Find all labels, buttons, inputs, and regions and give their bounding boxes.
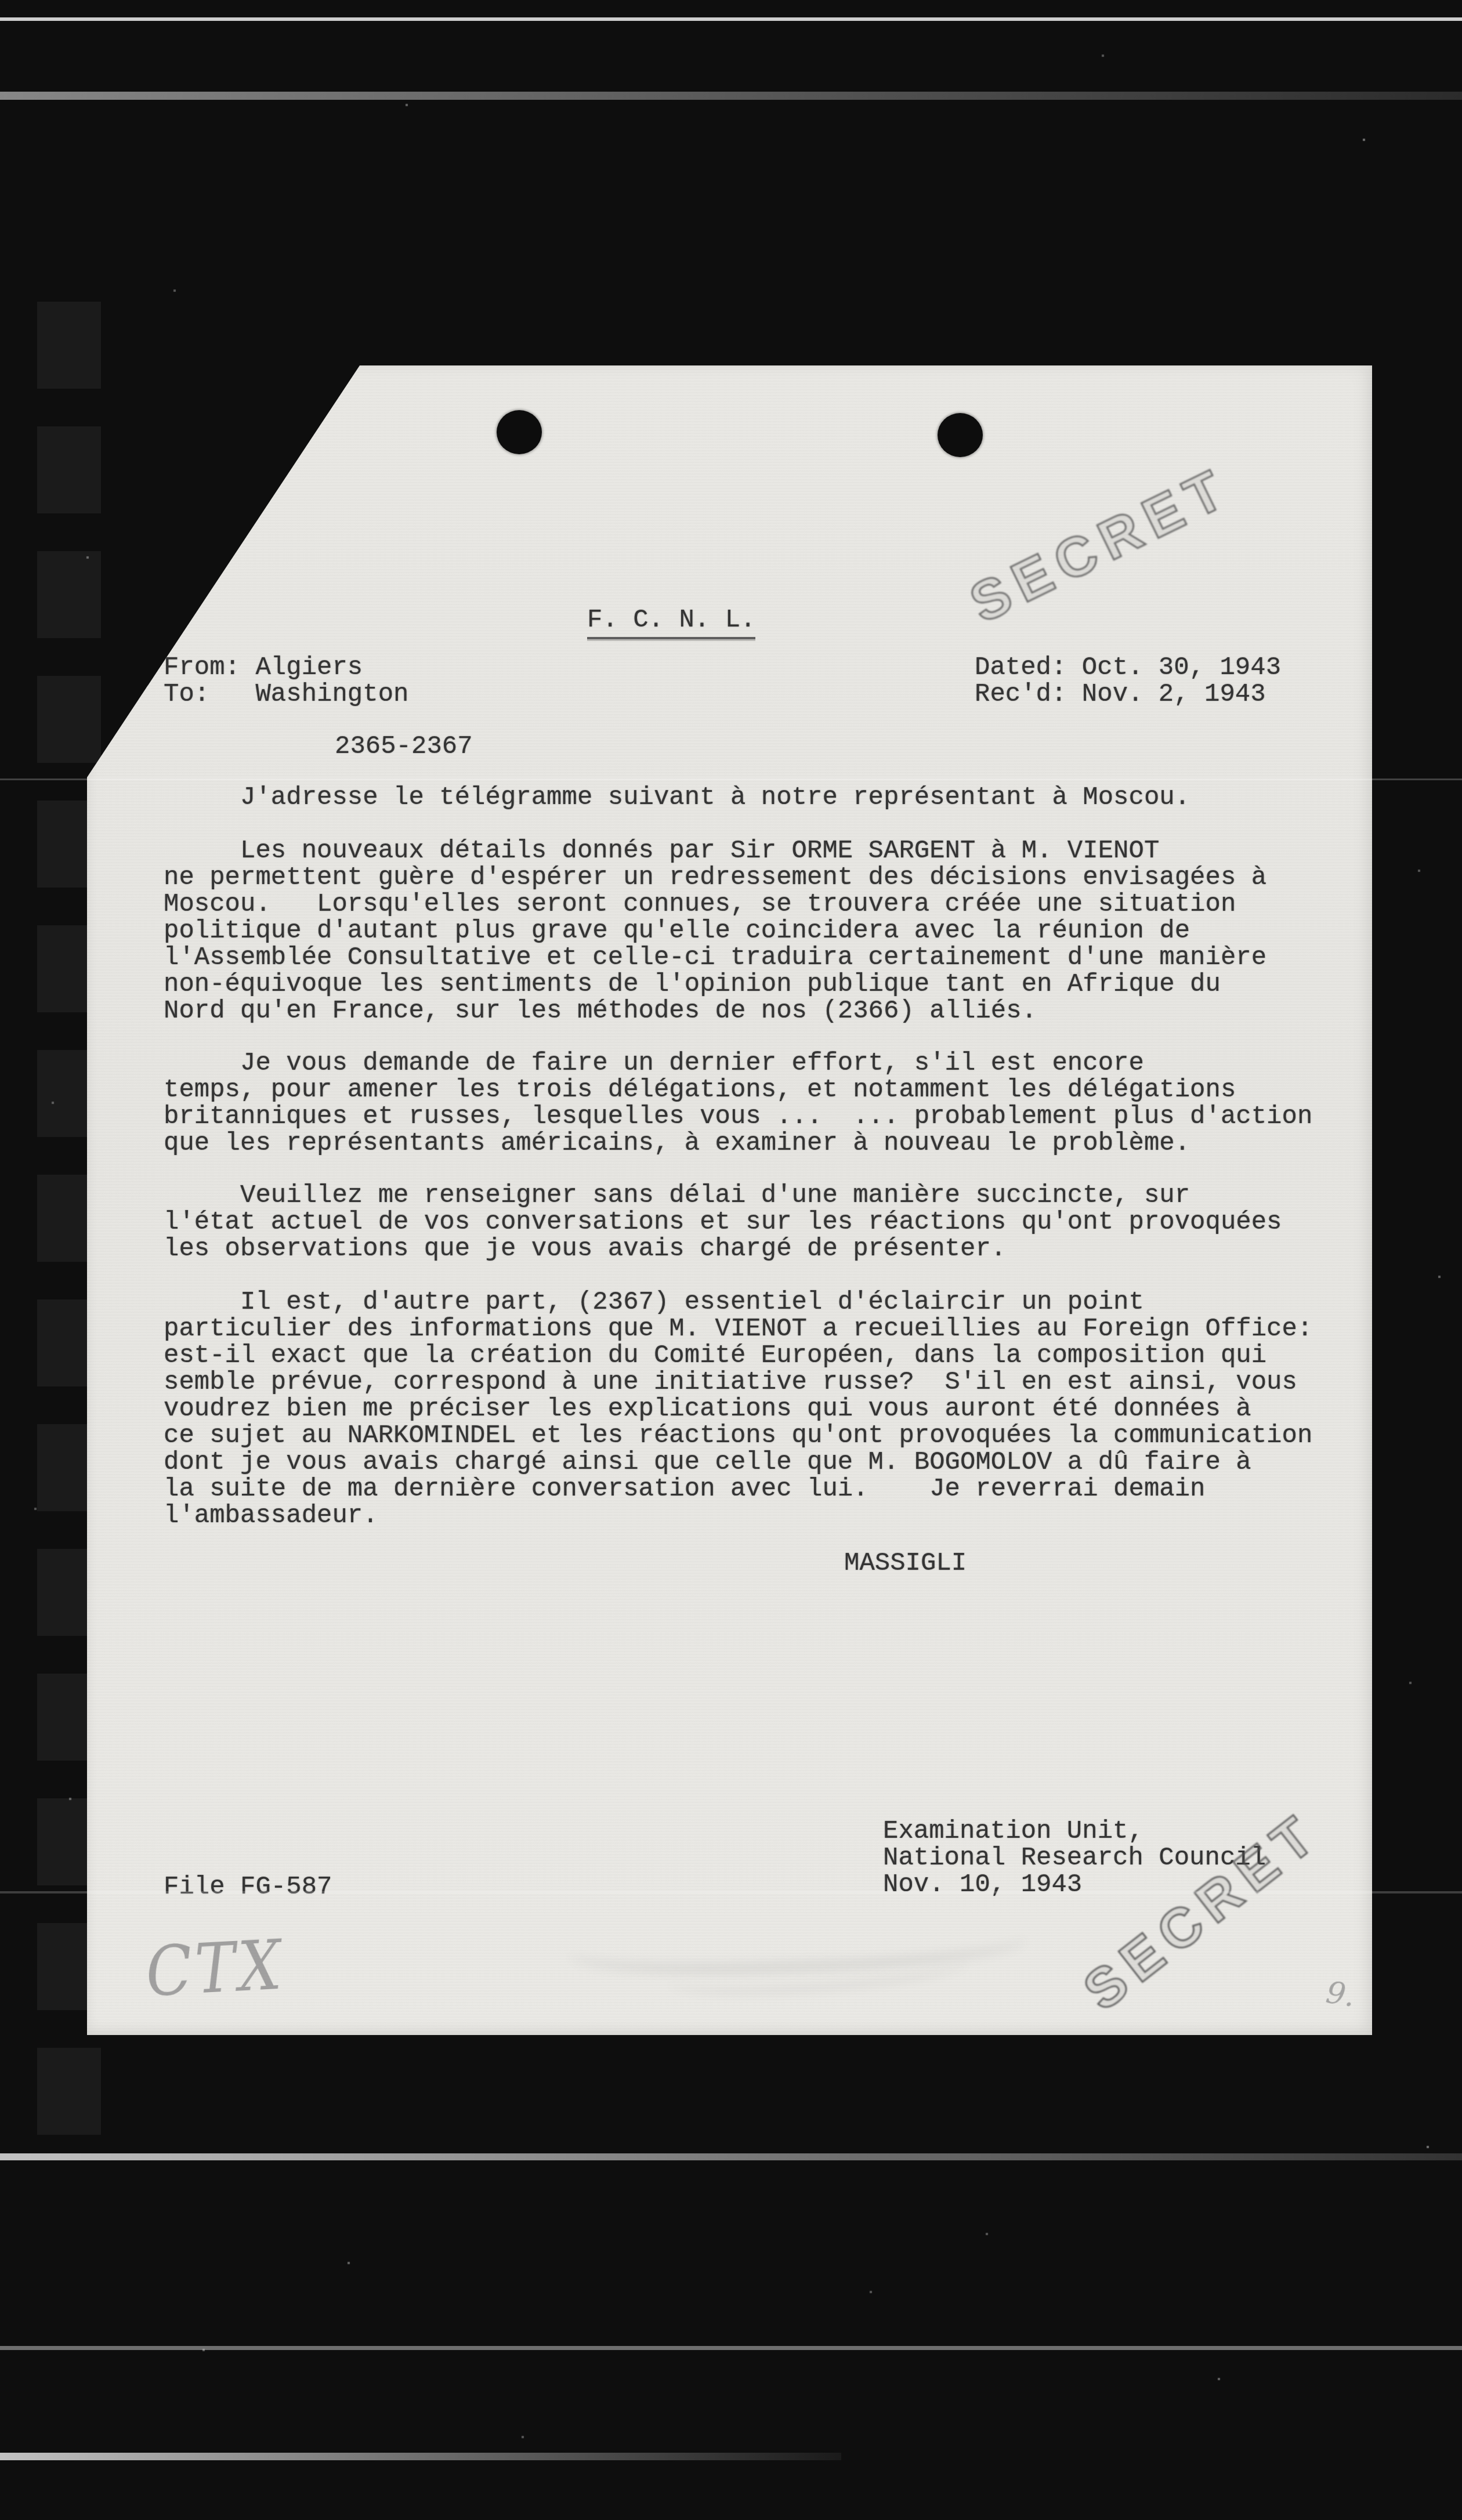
paragraph-4: Veuillez me renseigner sans délai d'une … bbox=[164, 1182, 1282, 1262]
text-line: Moscou. Lorsqu'elles seront connues, se … bbox=[164, 891, 1266, 918]
film-dust-specks bbox=[0, 0, 1, 1]
received-line: Rec'd: Nov. 2, 1943 bbox=[975, 681, 1281, 708]
scan-streak bbox=[0, 2453, 841, 2460]
from-line: From: Algiers bbox=[164, 654, 408, 681]
text-line: voudrez bien me préciser les explication… bbox=[164, 1396, 1312, 1422]
punch-hole-right bbox=[938, 413, 983, 457]
text-line: particulier des informations que M. VIEN… bbox=[164, 1316, 1312, 1342]
text-line: temps, pour amener les trois délégations… bbox=[164, 1077, 1312, 1103]
routing-dates: Dated: Oct. 30, 1943 Rec'd: Nov. 2, 1943 bbox=[975, 654, 1281, 708]
scan-streak bbox=[0, 17, 1462, 21]
scan-streak bbox=[0, 92, 1462, 100]
text-line: l'ambassadeur. bbox=[164, 1502, 1312, 1529]
text-line: politique d'autant plus grave qu'elle co… bbox=[164, 918, 1266, 944]
text-line: dont je vous avais chargé ainsi que cell… bbox=[164, 1449, 1312, 1476]
text-line: Je vous demande de faire un dernier effo… bbox=[164, 1050, 1312, 1077]
punch-hole-left bbox=[497, 410, 542, 454]
text-line: ne permettent guère d'espérer un redress… bbox=[164, 864, 1266, 891]
ink-transfer-smudge bbox=[666, 1939, 970, 2001]
microfilm-scan-frame: F. C. N. L. From: Algiers To: Washington… bbox=[0, 0, 1462, 2520]
text-line: que les représentants américains, à exam… bbox=[164, 1130, 1312, 1157]
telegram-numbers: 2365-2367 bbox=[335, 733, 473, 760]
to-line: To: Washington bbox=[164, 681, 408, 708]
text-line: non-équivoque les sentiments de l'opinio… bbox=[164, 971, 1266, 998]
text-line: la suite de ma dernière conversation ave… bbox=[164, 1476, 1312, 1502]
paragraph-2: Les nouveaux détails donnés par Sir ORME… bbox=[164, 838, 1266, 1024]
text-line: est-il exact que la création du Comité E… bbox=[164, 1342, 1312, 1369]
secret-stamp-top: SECRET bbox=[960, 455, 1241, 636]
text-line: semble prévue, correspond à une initiati… bbox=[164, 1369, 1312, 1396]
text-line: britanniques et russes, lesquelles vous … bbox=[164, 1103, 1312, 1130]
handwritten-initials: CTX bbox=[144, 1925, 286, 2012]
text-line: ce sujet au NARKOMINDEL et les réactions… bbox=[164, 1422, 1312, 1449]
text-line: Examination Unit, bbox=[883, 1818, 1266, 1845]
file-number: File FG-587 bbox=[164, 1874, 332, 1900]
ink-transfer-smudge bbox=[568, 1907, 1028, 1979]
text-line: Les nouveaux détails donnés par Sir ORME… bbox=[164, 838, 1266, 864]
agency-heading: F. C. N. L. bbox=[587, 607, 755, 639]
scan-streak bbox=[0, 2153, 1462, 2160]
text-line: J'adresse le télégramme suivant à notre … bbox=[164, 784, 1190, 811]
dated-line: Dated: Oct. 30, 1943 bbox=[975, 654, 1281, 681]
text-line: les observations que je vous avais charg… bbox=[164, 1236, 1282, 1262]
scan-streak bbox=[0, 2346, 1462, 2350]
text-line: l'état actuel de vos conversations et su… bbox=[164, 1209, 1282, 1236]
paragraph-3: Je vous demande de faire un dernier effo… bbox=[164, 1050, 1312, 1157]
document-page: F. C. N. L. From: Algiers To: Washington… bbox=[87, 365, 1372, 2035]
paragraph-5: Il est, d'autre part, (2367) essentiel d… bbox=[164, 1289, 1312, 1529]
signature: MASSIGLI bbox=[844, 1550, 967, 1577]
text-line: Veuillez me renseigner sans délai d'une … bbox=[164, 1182, 1282, 1209]
text-line: Il est, d'autre part, (2367) essentiel d… bbox=[164, 1289, 1312, 1316]
paragraph-1: J'adresse le télégramme suivant à notre … bbox=[164, 784, 1190, 811]
handwritten-page-number: 9. bbox=[1324, 1975, 1358, 2014]
text-line: l'Assemblée Consultative et celle-ci tra… bbox=[164, 944, 1266, 971]
routing-from-to: From: Algiers To: Washington bbox=[164, 654, 408, 708]
text-line: Nord qu'en France, sur les méthodes de n… bbox=[164, 998, 1266, 1024]
